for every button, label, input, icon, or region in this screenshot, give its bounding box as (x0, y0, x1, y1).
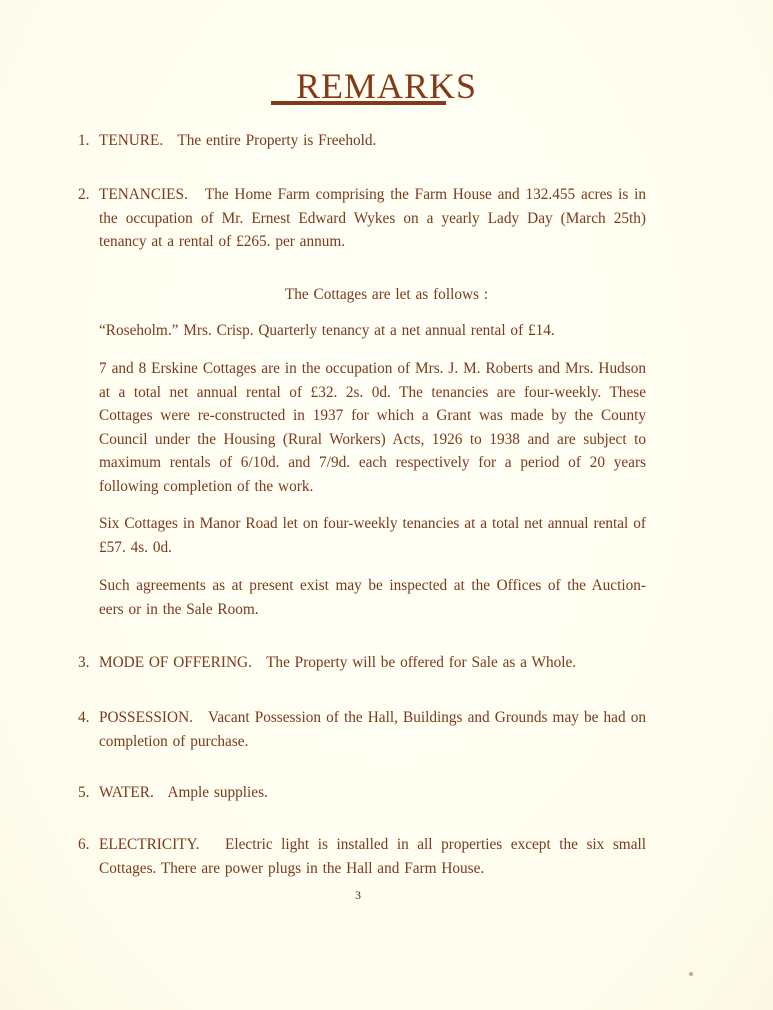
remark-number: 3. (78, 651, 89, 675)
page-title: REMARKS (0, 66, 773, 106)
remark-mode-of-offering: 3. MODE OF OFFERING. The Property will b… (78, 651, 646, 675)
remark-heading: MODE OF OFFERING. (99, 654, 252, 671)
remark-heading: TENANCIES. (99, 186, 188, 203)
remark-electricity: 6. ELECTRICITY. Electric light is instal… (78, 833, 646, 880)
document-page: REMARKS 1. TENURE. The entire Property i… (0, 0, 773, 1010)
agreements-paragraph: Such agreements as at present exist may … (99, 574, 646, 621)
remark-heading: TENURE. (99, 132, 163, 149)
cottages-subheading: The Cottages are let as follows : (0, 283, 773, 307)
cottage-paragraph-roseholm: “Roseholm.” Mrs. Crisp. Quarterly tenanc… (99, 319, 646, 343)
cottage-paragraph-manor-road: Six Cottages in Manor Road let on four-w… (99, 512, 646, 559)
remark-text: The entire Property is Freehold. (177, 132, 376, 149)
remark-water: 5. WATER. Ample supplies. (78, 781, 646, 805)
remark-heading: POSSESSION. (99, 709, 193, 726)
page-number: 3 (0, 888, 716, 903)
remark-tenure: 1. TENURE. The entire Property is Freeho… (78, 129, 646, 153)
remark-possession: 4. POSSESSION. Vacant Possession of the … (78, 706, 646, 753)
cottage-paragraph-erskine: 7 and 8 Erskine Cottages are in the occu… (99, 357, 646, 498)
remark-heading: WATER. (99, 784, 154, 801)
paper-blemish (689, 972, 693, 976)
remark-text: The Property will be offered for Sale as… (266, 654, 576, 671)
remark-number: 6. (78, 833, 89, 857)
remark-tenancies: 2. TENANCIES. The Home Farm comprising t… (78, 183, 646, 254)
remark-number: 5. (78, 781, 89, 805)
remark-number: 2. (78, 183, 89, 207)
remark-text: Ample supplies. (167, 784, 267, 801)
remark-number: 1. (78, 129, 89, 153)
title-underline (271, 101, 446, 105)
remark-number: 4. (78, 706, 89, 730)
remark-heading: ELECTRICITY. (99, 836, 199, 853)
